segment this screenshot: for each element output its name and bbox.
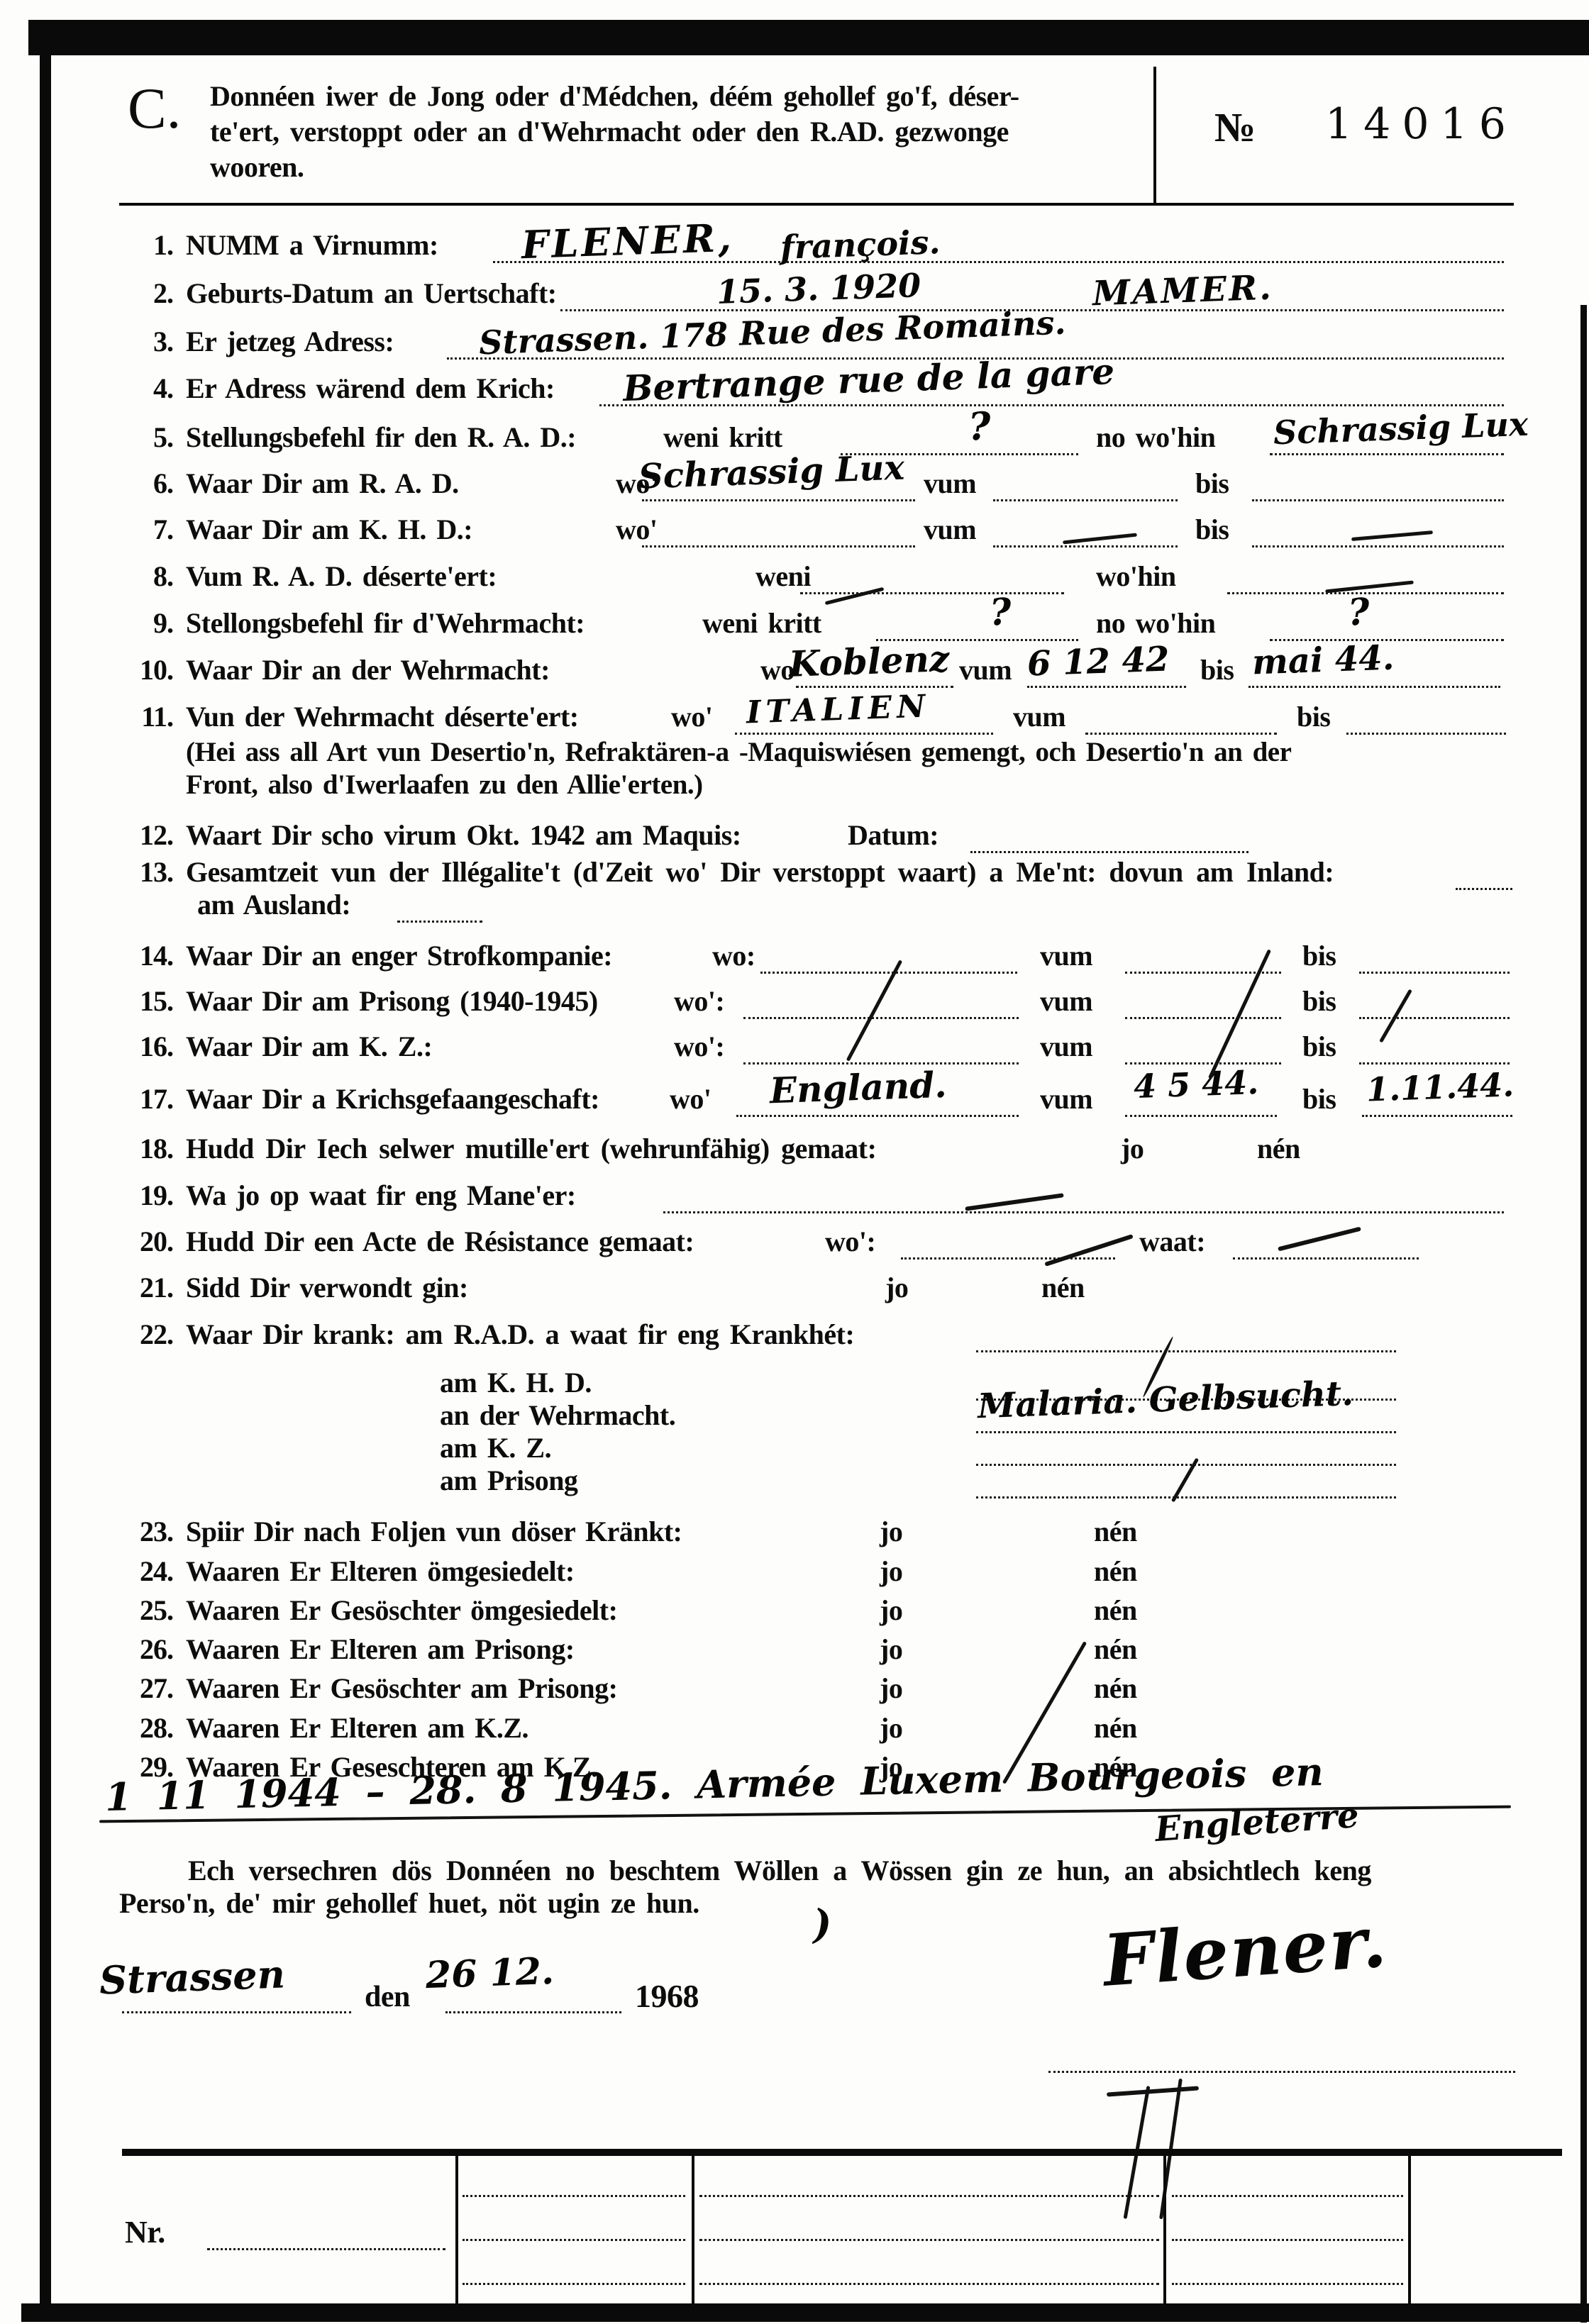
footer-table-divider <box>455 2155 458 2308</box>
item-number: 23. <box>112 1515 173 1548</box>
item-label: Waaren Er Gesöschter am Prisong: <box>186 1672 617 1705</box>
item-number: 12. <box>112 818 173 852</box>
item-number: 13. <box>112 855 173 889</box>
number-symbol: № <box>1214 104 1256 151</box>
form-row-26: 26. Waaren Er Elteren am Prisong: jo nén <box>0 1633 1589 1675</box>
item-number: 11. <box>112 700 173 733</box>
dotted-field <box>1252 517 1504 547</box>
dotted-field <box>743 1034 1019 1064</box>
field-label: wo' <box>670 1082 712 1116</box>
item-number: 19. <box>112 1179 173 1212</box>
item-number: 2. <box>112 277 173 310</box>
dotted-field <box>663 1183 1504 1213</box>
footer-dotted-cell <box>699 2254 1159 2285</box>
dotted-field <box>976 1435 1396 1466</box>
dotted-field <box>1227 564 1504 594</box>
footer-nr-label: Nr. <box>125 2214 165 2250</box>
footer-table-top-border <box>122 2149 1562 2156</box>
item-label: Waar Dir an enger Strofkompanie: <box>186 939 612 972</box>
dotted-field <box>993 471 1178 501</box>
item-label: Waar Dir a Krichsgefaangeschaft: <box>186 1082 599 1116</box>
field-label: bis <box>1195 467 1229 500</box>
field-label: vum <box>924 513 976 546</box>
item-label: Er jetzeg Adress: <box>186 325 394 358</box>
item-number: 17. <box>112 1082 173 1116</box>
form-row-18: 18. Hudd Dir Iech selwer mutille'ert (we… <box>0 1132 1589 1174</box>
option-nen: nén <box>1094 1633 1137 1666</box>
form-row-13b: am Ausland: <box>0 888 1589 930</box>
dotted-field <box>1233 1229 1419 1260</box>
item-label: NUMM a Virnumm: <box>186 228 438 262</box>
item-label: Spiir Dir nach Foljen vun döser Kränkt: <box>186 1515 682 1548</box>
form-row-22-sub4: am Prisong <box>0 1464 1589 1506</box>
dotted-field <box>1346 704 1506 735</box>
footer-dotted-cell <box>1172 2167 1403 2197</box>
option-jo: jo <box>880 1711 902 1745</box>
handwritten-entry: ? <box>968 403 992 449</box>
handwritten-entry: Koblenz <box>788 638 950 685</box>
option-nen: nén <box>1094 1515 1137 1548</box>
form-row-21: 21. Sidd Dir verwondt gin: jo nén <box>0 1271 1589 1313</box>
item-label: Waar Dir krank: am R.A.D. a waat fir eng… <box>186 1318 854 1351</box>
field-label: weni kritt <box>702 606 821 640</box>
item-number: 9. <box>112 606 173 640</box>
date-year: 1968 <box>635 1977 699 2015</box>
item-label: Waar Dir am R. A. D. <box>186 467 459 500</box>
form-row-12: 12. Waart Dir scho virum Okt. 1942 am Ma… <box>0 818 1589 861</box>
item-label: Stellungsbefehl fir den R. A. D.: <box>186 421 576 454</box>
dotted-field <box>976 1468 1396 1499</box>
item-number: 18. <box>112 1132 173 1165</box>
field-label: wo: <box>712 939 755 972</box>
form-number: 14016 <box>1325 99 1517 149</box>
footer-dotted-cell <box>463 2254 685 2285</box>
dotted-field <box>976 1322 1396 1352</box>
date-den-label: den <box>365 1980 410 2014</box>
form-row-23: 23. Spiir Dir nach Foljen vun döser Krän… <box>0 1515 1589 1557</box>
form-row-7: 7. Waar Dir am K. H. D.: wo' vum bis <box>0 513 1589 555</box>
dotted-field <box>760 943 1017 974</box>
item-number: 8. <box>112 560 173 593</box>
item-note: (Hei ass all Art vun Desertio'n, Refrakt… <box>186 736 1291 768</box>
dotted-field <box>1085 704 1277 735</box>
field-label: vum <box>1040 1082 1092 1116</box>
item-number: 14. <box>112 939 173 972</box>
dotted-field <box>1359 989 1510 1019</box>
stray-pen-mark: ) <box>812 1901 833 1948</box>
footer-dotted-cell <box>699 2211 1159 2241</box>
item-label: Hudd Dir Iech selwer mutille'ert (wehrun… <box>186 1132 876 1165</box>
handwritten-entry: ITALIEN <box>746 688 931 730</box>
item-number: 3. <box>112 325 173 358</box>
form-row-24: 24. Waaren Er Elteren ömgesiedelt: jo né… <box>0 1555 1589 1597</box>
form-row-22: 22. Waar Dir krank: am R.A.D. a waat fir… <box>0 1318 1589 1360</box>
dotted-field <box>445 1983 621 2013</box>
item-label: Geburts-Datum an Uertschaft: <box>186 277 557 310</box>
option-jo: jo <box>880 1633 902 1666</box>
option-jo: jo <box>880 1594 902 1627</box>
field-label: wo'hin <box>1096 560 1176 593</box>
handwritten-entry: ? <box>1347 590 1371 634</box>
field-label: Datum: <box>848 818 939 852</box>
dotted-field <box>122 1983 351 2013</box>
dotted-field <box>642 517 915 547</box>
footer-dotted-cell <box>1172 2211 1403 2241</box>
option-jo: jo <box>880 1672 902 1705</box>
dotted-field <box>800 564 1064 594</box>
item-number: 16. <box>112 1030 173 1063</box>
field-label: no wo'hin <box>1096 606 1215 640</box>
form-row-4: 4. Er Adress wärend dem Krich: Bertrange… <box>0 372 1589 414</box>
declaration-text: Ech versechren dös Donnéen no beschtem W… <box>188 1854 1371 1887</box>
sub-label: am Prisong <box>440 1464 577 1497</box>
option-nen: nén <box>1094 1594 1137 1627</box>
dotted-field <box>1456 860 1512 890</box>
header-rule <box>119 203 1514 206</box>
handwritten-entry: ? <box>989 590 1012 634</box>
form-row-10: 10. Waar Dir an der Wehrmacht: wo' Koble… <box>0 653 1589 696</box>
item-number: 20. <box>112 1225 173 1258</box>
field-label: bis <box>1302 1030 1336 1063</box>
item-label: Waar Dir am K. H. D.: <box>186 513 472 546</box>
field-label: waat: <box>1139 1225 1205 1258</box>
field-label: wo': <box>674 1030 724 1063</box>
item-number: 10. <box>112 653 173 686</box>
dotted-field <box>993 517 1178 547</box>
footer-dotted-cell <box>463 2211 685 2241</box>
item-label: Waaren Er Gesöschter ömgesiedelt: <box>186 1594 617 1627</box>
handwritten-entry: MAMER. <box>1092 268 1274 314</box>
dotted-field <box>397 892 482 923</box>
field-label: vum <box>959 653 1012 686</box>
item-label: Sidd Dir verwondt gin: <box>186 1271 468 1304</box>
option-nen: nén <box>1041 1271 1085 1304</box>
field-label: bis <box>1195 513 1229 546</box>
handwritten-entry: 4 5 44. <box>1133 1063 1259 1106</box>
handwritten-entry: 1.11.44. <box>1366 1065 1515 1108</box>
item-number: 22. <box>112 1318 173 1351</box>
dotted-field <box>1252 471 1504 501</box>
field-label: bis <box>1297 700 1330 733</box>
form-row-16: 16. Waar Dir am K. Z.: wo': vum bis <box>0 1030 1589 1072</box>
footer-dotted-cell <box>1172 2254 1403 2285</box>
field-label: wo' <box>671 700 713 733</box>
signature-dotted-line <box>1048 2042 1515 2073</box>
declaration-text: Perso'n, de' mir gehollef huet, nöt ugin… <box>119 1886 699 1920</box>
form-row-1: 1. NUMM a Virnumm: FLENER, françois. <box>0 228 1589 271</box>
item-number: 26. <box>112 1633 173 1666</box>
header-title-line: te'ert, verstoppt oder an d'Wehrmacht od… <box>210 115 1009 148</box>
header-divider <box>1153 67 1156 206</box>
item-number: 25. <box>112 1594 173 1627</box>
item-label: Waaren Er Elteren am K.Z. <box>186 1711 528 1745</box>
item-label: Gesamtzeit vun der Illégalite't (d'Zeit … <box>186 855 1334 889</box>
form-row-19: 19. Wa jo op waat fir eng Mane'er: <box>0 1179 1589 1221</box>
item-label: Waaren Er Elteren ömgesiedelt: <box>186 1555 575 1588</box>
form-row-14: 14. Waar Dir an enger Strofkompanie: wo:… <box>0 939 1589 982</box>
field-label: vum <box>924 467 976 500</box>
handwritten-entry: 15. 3. 1920 <box>716 266 921 311</box>
option-jo: jo <box>880 1515 902 1548</box>
item-label: Waar Dir am Prisong (1940-1945) <box>186 984 598 1018</box>
field-label: bis <box>1200 653 1234 686</box>
item-number: 4. <box>112 372 173 405</box>
item-number: 27. <box>112 1672 173 1705</box>
item-label: Waart Dir scho virum Okt. 1942 am Maquis… <box>186 818 741 852</box>
dotted-field <box>207 2220 445 2250</box>
item-label: Stellongsbefehl fir d'Wehrmacht: <box>186 606 585 640</box>
note-row: Front, also d'Iwerlaafen zu den Allie'er… <box>0 769 1589 811</box>
footer-table-divider <box>1163 2155 1166 2308</box>
form-row-27: 27. Waaren Er Gesöschter am Prisong: jo … <box>0 1672 1589 1714</box>
section-letter: C. <box>128 75 181 142</box>
dotted-field <box>1125 1034 1281 1064</box>
dotted-field <box>901 1229 1115 1260</box>
field-label: wo': <box>825 1225 875 1258</box>
form-row-15: 15. Waar Dir am Prisong (1940-1945) wo':… <box>0 984 1589 1027</box>
form-row-6: 6. Waar Dir am R. A. D. wo' Schrassig Lu… <box>0 467 1589 509</box>
item-number: 7. <box>112 513 173 546</box>
footer-dotted-cell <box>699 2167 1159 2197</box>
dotted-field <box>1359 943 1510 974</box>
item-number: 1. <box>112 228 173 262</box>
field-label: vum <box>1040 1030 1092 1063</box>
item-number: 5. <box>112 421 173 454</box>
item-label: Waar Dir an der Wehrmacht: <box>186 653 550 686</box>
item-number: 24. <box>112 1555 173 1588</box>
field-label: wo': <box>674 984 724 1018</box>
pen-stroke <box>1107 2086 1199 2096</box>
option-jo: jo <box>1121 1132 1144 1165</box>
header-title-line: Donnéen iwer de Jong oder d'Médchen, déé… <box>210 79 1019 113</box>
item-label: Er Adress wärend dem Krich: <box>186 372 555 405</box>
dotted-field <box>876 611 1078 641</box>
item-number: 15. <box>112 984 173 1018</box>
scan-border-top <box>28 20 1589 55</box>
field-label: no wo'hin <box>1096 421 1215 454</box>
option-jo: jo <box>885 1271 908 1304</box>
option-nen: nén <box>1257 1132 1300 1165</box>
item-label: Waar Dir am K. Z.: <box>186 1030 432 1063</box>
item-label: Wa jo op waat fir eng Mane'er: <box>186 1179 576 1212</box>
field-label: vum <box>1013 700 1065 733</box>
form-row-28: 28. Waaren Er Elteren am K.Z. jo nén <box>0 1711 1589 1754</box>
item-label: Waaren Er Elteren am Prisong: <box>186 1633 575 1666</box>
handwritten-entry: FLENER, <box>521 215 735 267</box>
item-number: 28. <box>112 1711 173 1745</box>
field-label: vum <box>1040 939 1092 972</box>
option-nen: nén <box>1094 1555 1137 1588</box>
handwritten-entry: mai 44. <box>1251 638 1395 683</box>
dotted-field <box>1270 611 1504 641</box>
item-number: 21. <box>112 1271 173 1304</box>
footer-dotted-cell <box>463 2167 685 2197</box>
dotted-field <box>1125 989 1281 1019</box>
item-note: Front, also d'Iwerlaafen zu den Allie'er… <box>186 769 703 801</box>
field-label: bis <box>1302 939 1336 972</box>
handwritten-insertion: Engleterre <box>1153 1796 1360 1850</box>
item-label: Vun der Wehrmacht déserte'ert: <box>186 700 579 733</box>
field-label: vum <box>1040 984 1092 1018</box>
field-label: bis <box>1302 984 1336 1018</box>
header-title-line: wooren. <box>210 150 304 184</box>
field-label: weni kritt <box>663 421 782 454</box>
footer-table-divider <box>1408 2155 1411 2308</box>
handwritten-entry: 6 12 42 <box>1026 640 1170 684</box>
handwritten-entry: England. <box>769 1064 947 1112</box>
field-label: bis <box>1302 1082 1336 1116</box>
sub-label: am K. Z. <box>440 1431 551 1464</box>
footer-table-divider <box>692 2155 694 2308</box>
item-number: 6. <box>112 467 173 500</box>
option-nen: nén <box>1094 1711 1137 1745</box>
handwritten-entry: françois. <box>780 223 941 267</box>
option-jo: jo <box>880 1555 902 1588</box>
dotted-field <box>970 823 1248 853</box>
scan-border-bottom <box>21 2303 1589 2322</box>
item-label: Vum R. A. D. déserte'ert: <box>186 560 497 593</box>
form-row-25: 25. Waaren Er Gesöschter ömgesiedelt: jo… <box>0 1594 1589 1636</box>
option-nen: nén <box>1094 1672 1137 1705</box>
sub-label: am K. H. D. <box>440 1366 592 1399</box>
sub-label: an der Wehrmacht. <box>440 1399 675 1432</box>
item-label: Hudd Dir een Acte de Résistance gemaat: <box>186 1225 694 1258</box>
form-row-17: 17. Waar Dir a Krichsgefaangeschaft: wo'… <box>0 1082 1589 1125</box>
item-label: am Ausland: <box>197 888 350 921</box>
